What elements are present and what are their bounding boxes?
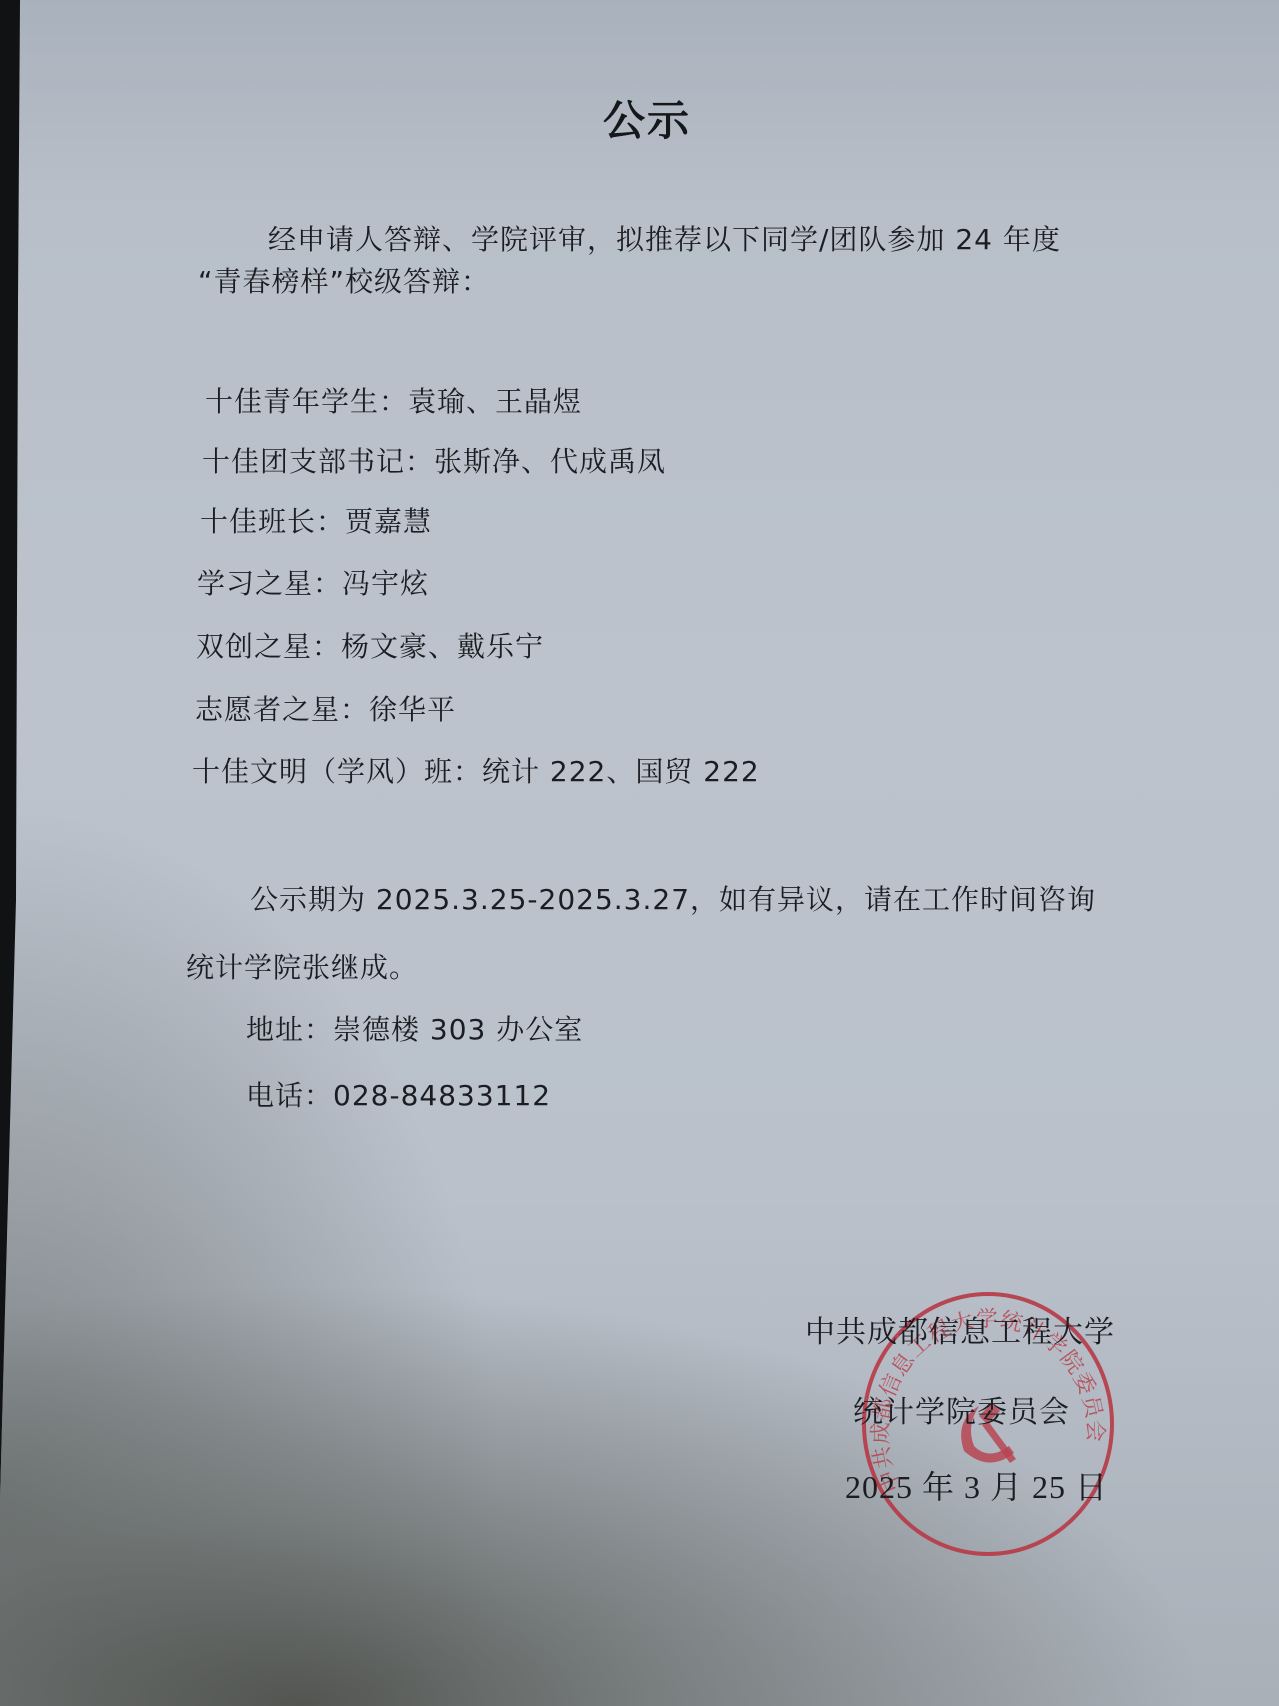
award-item: 十佳青年学生：袁瑜、王晶煜 xyxy=(205,388,582,416)
award-recipients: 张斯净、代成禹凤 xyxy=(434,445,666,478)
award-category: 十佳青年学生 xyxy=(205,385,379,418)
signature-org-line-2: 统计学院委员会 xyxy=(853,1398,1070,1428)
address-label: 地址： xyxy=(246,1013,333,1046)
award-category: 学习之星 xyxy=(197,567,313,600)
notice-line-1: 公示期为 2025.3.25-2025.3.27，如有异议，请在工作时间咨询 xyxy=(250,886,1096,914)
award-separator: ： xyxy=(379,385,408,418)
award-recipients: 袁瑜、王晶煜 xyxy=(408,385,582,418)
phone-line: 电话：028-84833112 xyxy=(246,1082,551,1110)
award-separator: ： xyxy=(312,630,341,663)
award-separator: ： xyxy=(340,693,369,726)
award-category: 十佳团支部书记 xyxy=(202,445,405,478)
phone-value: 028-84833112 xyxy=(333,1079,551,1112)
award-category: 志愿者之星 xyxy=(195,693,340,726)
signature-org-line-1: 中共成都信息工程大学 xyxy=(805,1318,1115,1348)
notice-line-2: 统计学院张继成。 xyxy=(186,954,418,982)
intro-line-2: “青春榜样”校级答辩： xyxy=(198,268,490,296)
address-value: 崇德楼 303 办公室 xyxy=(333,1013,583,1046)
award-category: 十佳文明（学风）班 xyxy=(192,755,453,788)
award-category: 十佳班长 xyxy=(200,505,316,538)
award-recipients: 统计 222、国贸 222 xyxy=(482,755,760,788)
address-line: 地址：崇德楼 303 办公室 xyxy=(246,1016,583,1044)
award-separator: ： xyxy=(405,445,434,478)
document-title: 公示 xyxy=(603,88,691,148)
award-item: 志愿者之星：徐华平 xyxy=(195,696,456,724)
award-recipients: 徐华平 xyxy=(369,693,456,726)
award-item: 十佳文明（学风）班：统计 222、国贸 222 xyxy=(192,758,760,786)
photo-scene: 公示 经申请人答辩、学院评审，拟推荐以下同学/团队参加 24 年度 “青春榜样”… xyxy=(0,0,1279,1706)
award-recipients: 贾嘉慧 xyxy=(345,505,432,538)
phone-label: 电话： xyxy=(246,1079,333,1112)
award-separator: ： xyxy=(313,567,342,600)
intro-line-1: 经申请人答辩、学院评审，拟推荐以下同学/团队参加 24 年度 xyxy=(268,226,1061,254)
award-item: 十佳团支部书记：张斯净、代成禹凤 xyxy=(202,448,666,476)
award-separator: ： xyxy=(316,505,345,538)
award-separator: ： xyxy=(453,755,482,788)
award-category: 双创之星 xyxy=(196,630,312,663)
award-item: 十佳班长：贾嘉慧 xyxy=(200,508,432,536)
award-item: 双创之星：杨文豪、戴乐宁 xyxy=(196,633,544,661)
award-recipients: 杨文豪、戴乐宁 xyxy=(341,630,544,663)
award-recipients: 冯宇炫 xyxy=(342,567,429,600)
signature-date: 2025 年 3 月 25 日 xyxy=(845,1471,1108,1503)
award-item: 学习之星：冯宇炫 xyxy=(197,570,429,598)
